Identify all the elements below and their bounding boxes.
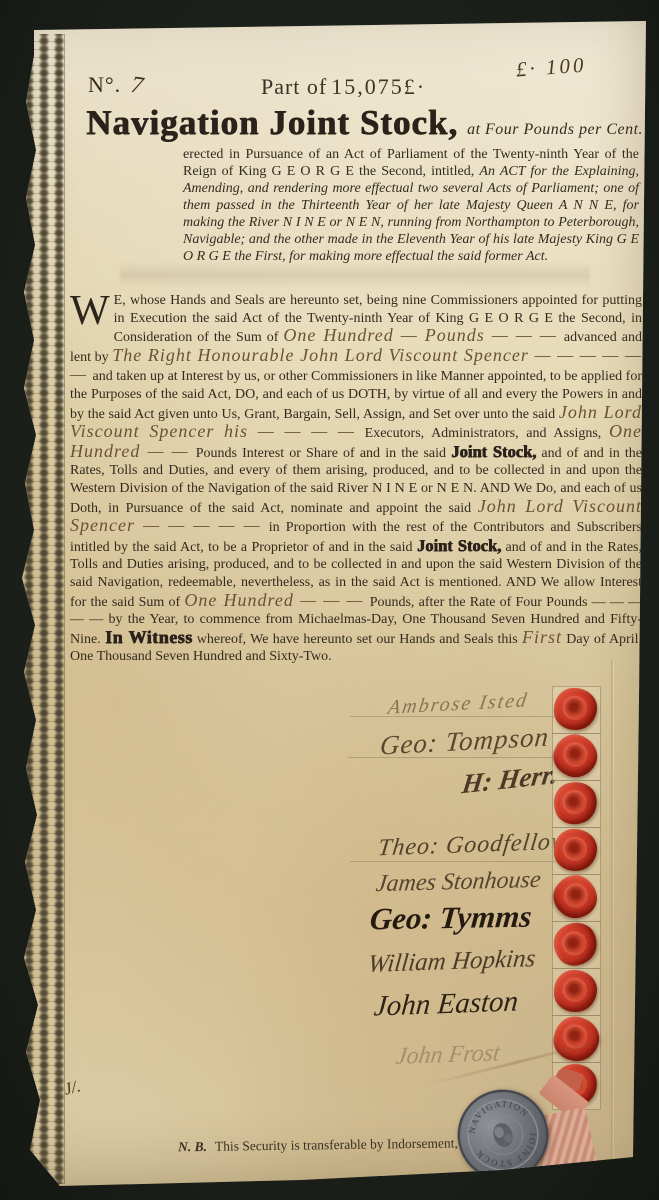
photo-background: N°.7 £· 100 Part of 15,075£· Navigation … [0, 0, 659, 1200]
wax-seal-icon [546, 867, 606, 927]
wax-seal-icon [554, 970, 597, 1012]
signature: Theo: Goodfellow [376, 829, 569, 863]
in-witness-blackletter: In Witness [105, 627, 193, 647]
ornamental-border-icon [18, 34, 65, 1184]
wax-seal [552, 827, 601, 875]
signature: H: Herr. [460, 759, 560, 801]
wax-seal [552, 968, 601, 1016]
signature: William Hopkins [367, 945, 537, 979]
paper-crease [611, 660, 614, 1165]
signature: James Stonhouse [374, 867, 542, 898]
signature-rule [350, 716, 580, 717]
preamble-italic: An ACT for the Explaining, Amending, and… [183, 164, 639, 264]
joint-stock-blackletter: Joint Stock, [417, 536, 501, 555]
dropcap: W [70, 292, 114, 328]
wax-seal-icon [549, 777, 601, 829]
handwritten-sum: One Hundred — Pounds — — — [283, 325, 563, 345]
wax-seal [552, 686, 601, 734]
clerk-mark: J/. [62, 1076, 83, 1099]
wax-seal [552, 780, 601, 828]
wax-seal-icon [546, 915, 604, 973]
signature: John Easton [373, 985, 520, 1023]
part-value: 15,075£· [331, 74, 426, 99]
wax-seal-icon [550, 1013, 603, 1065]
wax-seal [552, 874, 601, 922]
signature: John Frost [394, 1040, 501, 1071]
title-suffix-text: at Four Pounds per Cent. [467, 121, 643, 138]
wax-seal-icon [554, 688, 597, 730]
wax-seal-icon [554, 829, 597, 871]
wax-seal [552, 1015, 601, 1063]
part-of-line: Part of 15,075£· [14, 74, 659, 100]
body-paragraph: WE, whose Hands and Seals are hereunto s… [70, 292, 642, 666]
preamble-paragraph: erected in Pursuance of an Act of Parlia… [183, 146, 639, 265]
handwritten-date: First [522, 627, 562, 647]
nb-prefix: N. B. [178, 1139, 215, 1155]
body-text: Pounds Interest or Share of and in the s… [196, 446, 451, 461]
body-text: and taken up at Interest by us, or other… [70, 369, 642, 421]
part-prefix: Part of [261, 74, 327, 99]
handwritten-sum: One Hundred — — — [184, 590, 369, 610]
document-title: Navigation Joint Stock,at Four Pounds pe… [86, 103, 643, 143]
wax-seal [552, 921, 601, 969]
wax-seal-icon [547, 728, 603, 784]
title-blackletter: Navigation Joint Stock, [86, 103, 458, 142]
joint-stock-blackletter: Joint Stock, [451, 442, 536, 461]
signature: Geo: Tymms [368, 899, 533, 938]
title-suffix: at Four Pounds per Cent. [458, 121, 643, 138]
body-text: whereof, We have hereunto set our Hands … [193, 632, 522, 647]
signature: Geo: Tompson [379, 721, 551, 761]
wax-seal [552, 733, 601, 781]
ink-showthrough [120, 262, 590, 288]
document-paper: N°.7 £· 100 Part of 15,075£· Navigation … [0, 0, 659, 1200]
body-text: Executors, Administrators, and Assigns, [365, 426, 609, 441]
